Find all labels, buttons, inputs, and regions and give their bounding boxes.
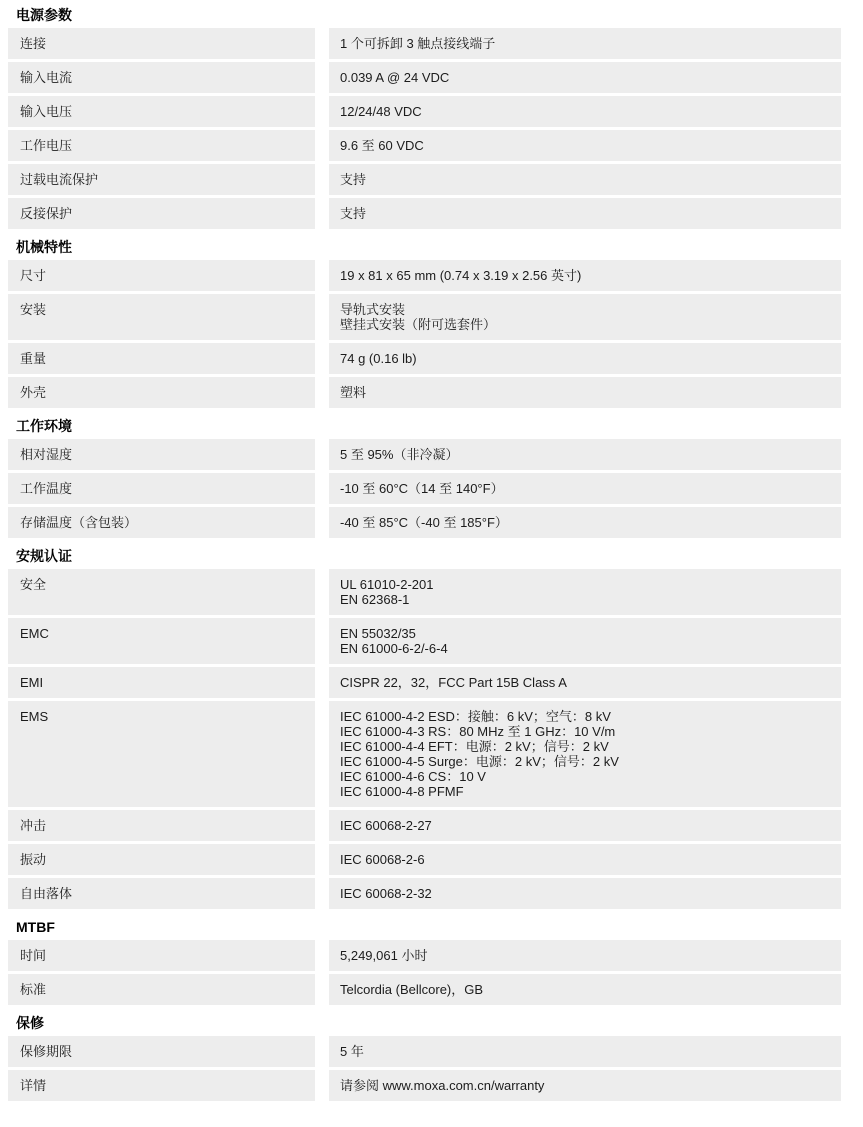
spec-value-line: 导轨式安装 xyxy=(340,302,831,317)
spec-row: 振动 IEC 60068-2-6 xyxy=(8,844,841,875)
spec-row: 工作温度 -10 至 60°C（14 至 140°F） xyxy=(8,473,841,504)
spec-value-line: EN 61000-6-2/-6-4 xyxy=(340,641,831,656)
spec-label: EMC xyxy=(8,618,315,664)
spec-value-line: IEC 61000-4-6 CS：10 V xyxy=(340,769,831,784)
spec-row: 安全 UL 61010-2-201EN 62368-1 xyxy=(8,569,841,615)
spec-value-line: 9.6 至 60 VDC xyxy=(340,138,831,153)
spec-label: 尺寸 xyxy=(8,260,315,291)
spec-row: 输入电流 0.039 A @ 24 VDC xyxy=(8,62,841,93)
spec-label: 输入电压 xyxy=(8,96,315,127)
spec-section: 安规认证 安全 UL 61010-2-201EN 62368-1 EMC EN … xyxy=(0,548,863,909)
spec-value-line: IEC 60068-2-27 xyxy=(340,818,831,833)
spec-row: 连接 1 个可拆卸 3 触点接线端子 xyxy=(8,28,841,59)
spec-row: 自由落体 IEC 60068-2-32 xyxy=(8,878,841,909)
spec-label: 输入电流 xyxy=(8,62,315,93)
section-rows: 保修期限 5 年 详情 请参阅 www.moxa.com.cn/warranty xyxy=(0,1036,863,1101)
spec-value: 19 x 81 x 65 mm (0.74 x 3.19 x 2.56 英寸) xyxy=(329,260,841,291)
section-title: 保修 xyxy=(16,1015,841,1031)
spec-value-line: 支持 xyxy=(340,172,831,187)
spec-value: 5 至 95%（非冷凝） xyxy=(329,439,841,470)
spec-label: 冲击 xyxy=(8,810,315,841)
section-rows: 时间 5,249,061 小时 标准 Telcordia (Bellcore)，… xyxy=(0,940,863,1005)
spec-value: -10 至 60°C（14 至 140°F） xyxy=(329,473,841,504)
spec-row: EMI CISPR 22，32，FCC Part 15B Class A xyxy=(8,667,841,698)
spec-value: 支持 xyxy=(329,164,841,195)
spec-value-line: 19 x 81 x 65 mm (0.74 x 3.19 x 2.56 英寸) xyxy=(340,268,831,283)
spec-value-line: EN 55032/35 xyxy=(340,626,831,641)
spec-row: EMS IEC 61000-4-2 ESD：接触：6 kV；空气：8 kVIEC… xyxy=(8,701,841,807)
spec-label: 保修期限 xyxy=(8,1036,315,1067)
spec-value-line: 5,249,061 小时 xyxy=(340,948,831,963)
spec-label: 过载电流保护 xyxy=(8,164,315,195)
spec-value: 导轨式安装壁挂式安装（附可选套件） xyxy=(329,294,841,340)
spec-label: 详情 xyxy=(8,1070,315,1101)
spec-label: 工作温度 xyxy=(8,473,315,504)
section-rows: 相对湿度 5 至 95%（非冷凝） 工作温度 -10 至 60°C（14 至 1… xyxy=(0,439,863,538)
section-rows: 连接 1 个可拆卸 3 触点接线端子 输入电流 0.039 A @ 24 VDC… xyxy=(0,28,863,229)
spec-label: 安全 xyxy=(8,569,315,615)
spec-section: MTBF 时间 5,249,061 小时 标准 Telcordia (Bellc… xyxy=(0,919,863,1005)
spec-section: 保修 保修期限 5 年 详情 请参阅 www.moxa.com.cn/warra… xyxy=(0,1015,863,1101)
spec-value-line: IEC 61000-4-8 PFMF xyxy=(340,784,831,799)
spec-value-line: IEC 60068-2-6 xyxy=(340,852,831,867)
spec-label: 相对湿度 xyxy=(8,439,315,470)
spec-label: 存储温度（含包装） xyxy=(8,507,315,538)
spec-label: 安装 xyxy=(8,294,315,340)
spec-value: IEC 60068-2-27 xyxy=(329,810,841,841)
spec-label: 连接 xyxy=(8,28,315,59)
spec-value: Telcordia (Bellcore)，GB xyxy=(329,974,841,1005)
spec-section: 机械特性 尺寸 19 x 81 x 65 mm (0.74 x 3.19 x 2… xyxy=(0,239,863,408)
spec-row: 工作电压 9.6 至 60 VDC xyxy=(8,130,841,161)
spec-label: 标准 xyxy=(8,974,315,1005)
spec-value: 0.039 A @ 24 VDC xyxy=(329,62,841,93)
spec-value: EN 55032/35EN 61000-6-2/-6-4 xyxy=(329,618,841,664)
spec-section: 工作环境 相对湿度 5 至 95%（非冷凝） 工作温度 -10 至 60°C（1… xyxy=(0,418,863,538)
spec-value-line: IEC 61000-4-4 EFT：电源：2 kV；信号：2 kV xyxy=(340,739,831,754)
spec-value: IEC 61000-4-2 ESD：接触：6 kV；空气：8 kVIEC 610… xyxy=(329,701,841,807)
spec-value: 9.6 至 60 VDC xyxy=(329,130,841,161)
section-title: 工作环境 xyxy=(16,418,841,434)
section-title: 安规认证 xyxy=(16,548,841,564)
spec-row: 标准 Telcordia (Bellcore)，GB xyxy=(8,974,841,1005)
section-title: 机械特性 xyxy=(16,239,841,255)
spec-label: 重量 xyxy=(8,343,315,374)
spec-label: 自由落体 xyxy=(8,878,315,909)
spec-label: 工作电压 xyxy=(8,130,315,161)
spec-row: 安装 导轨式安装壁挂式安装（附可选套件） xyxy=(8,294,841,340)
spec-value: 12/24/48 VDC xyxy=(329,96,841,127)
spec-value-line: 74 g (0.16 lb) xyxy=(340,351,831,366)
spec-value-line: -40 至 85°C（-40 至 185°F） xyxy=(340,515,831,530)
spec-row: EMC EN 55032/35EN 61000-6-2/-6-4 xyxy=(8,618,841,664)
spec-label: 反接保护 xyxy=(8,198,315,229)
spec-value-line: 支持 xyxy=(340,206,831,221)
spec-row: 重量 74 g (0.16 lb) xyxy=(8,343,841,374)
spec-row: 保修期限 5 年 xyxy=(8,1036,841,1067)
spec-value-line: 1 个可拆卸 3 触点接线端子 xyxy=(340,36,831,51)
spec-row: 存储温度（含包装） -40 至 85°C（-40 至 185°F） xyxy=(8,507,841,538)
spec-value: 1 个可拆卸 3 触点接线端子 xyxy=(329,28,841,59)
spec-row: 相对湿度 5 至 95%（非冷凝） xyxy=(8,439,841,470)
spec-value: IEC 60068-2-6 xyxy=(329,844,841,875)
spec-value-line: IEC 60068-2-32 xyxy=(340,886,831,901)
spec-value: CISPR 22，32，FCC Part 15B Class A xyxy=(329,667,841,698)
spec-value: 5,249,061 小时 xyxy=(329,940,841,971)
spec-value: IEC 60068-2-32 xyxy=(329,878,841,909)
spec-row: 过载电流保护 支持 xyxy=(8,164,841,195)
spec-label: 时间 xyxy=(8,940,315,971)
spec-value-line: 12/24/48 VDC xyxy=(340,104,831,119)
spec-row: 尺寸 19 x 81 x 65 mm (0.74 x 3.19 x 2.56 英… xyxy=(8,260,841,291)
spec-value-line: 0.039 A @ 24 VDC xyxy=(340,70,831,85)
spec-value-line: CISPR 22，32，FCC Part 15B Class A xyxy=(340,675,831,690)
spec-value-line: EN 62368-1 xyxy=(340,592,831,607)
section-rows: 尺寸 19 x 81 x 65 mm (0.74 x 3.19 x 2.56 英… xyxy=(0,260,863,408)
spec-label: EMS xyxy=(8,701,315,807)
spec-value-line: 塑料 xyxy=(340,385,831,400)
spec-value-line: UL 61010-2-201 xyxy=(340,577,831,592)
spec-row: 输入电压 12/24/48 VDC xyxy=(8,96,841,127)
spec-value-line: 5 年 xyxy=(340,1044,831,1059)
spec-value: 74 g (0.16 lb) xyxy=(329,343,841,374)
spec-section: 电源参数 连接 1 个可拆卸 3 触点接线端子 输入电流 0.039 A @ 2… xyxy=(0,7,863,229)
spec-label: 振动 xyxy=(8,844,315,875)
spec-value-line: IEC 61000-4-3 RS：80 MHz 至 1 GHz：10 V/m xyxy=(340,724,831,739)
spec-row: 时间 5,249,061 小时 xyxy=(8,940,841,971)
spec-value: 请参阅 www.moxa.com.cn/warranty xyxy=(329,1070,841,1101)
spec-value-line: Telcordia (Bellcore)，GB xyxy=(340,982,831,997)
spec-table: 电源参数 连接 1 个可拆卸 3 触点接线端子 输入电流 0.039 A @ 2… xyxy=(0,7,863,1101)
spec-value: 5 年 xyxy=(329,1036,841,1067)
spec-row: 冲击 IEC 60068-2-27 xyxy=(8,810,841,841)
spec-row: 详情 请参阅 www.moxa.com.cn/warranty xyxy=(8,1070,841,1101)
spec-value-line: 请参阅 www.moxa.com.cn/warranty xyxy=(340,1078,831,1093)
spec-label: EMI xyxy=(8,667,315,698)
spec-value: UL 61010-2-201EN 62368-1 xyxy=(329,569,841,615)
spec-value: 塑料 xyxy=(329,377,841,408)
spec-value: -40 至 85°C（-40 至 185°F） xyxy=(329,507,841,538)
spec-value-line: -10 至 60°C（14 至 140°F） xyxy=(340,481,831,496)
spec-value-line: IEC 61000-4-2 ESD：接触：6 kV；空气：8 kV xyxy=(340,709,831,724)
spec-row: 反接保护 支持 xyxy=(8,198,841,229)
spec-value-line: 壁挂式安装（附可选套件） xyxy=(340,317,831,332)
section-rows: 安全 UL 61010-2-201EN 62368-1 EMC EN 55032… xyxy=(0,569,863,909)
spec-label: 外壳 xyxy=(8,377,315,408)
spec-value: 支持 xyxy=(329,198,841,229)
spec-value-line: IEC 61000-4-5 Surge：电源：2 kV；信号：2 kV xyxy=(340,754,831,769)
section-title: 电源参数 xyxy=(16,7,841,23)
spec-row: 外壳 塑料 xyxy=(8,377,841,408)
spec-value-line: 5 至 95%（非冷凝） xyxy=(340,447,831,462)
section-title: MTBF xyxy=(16,919,841,935)
